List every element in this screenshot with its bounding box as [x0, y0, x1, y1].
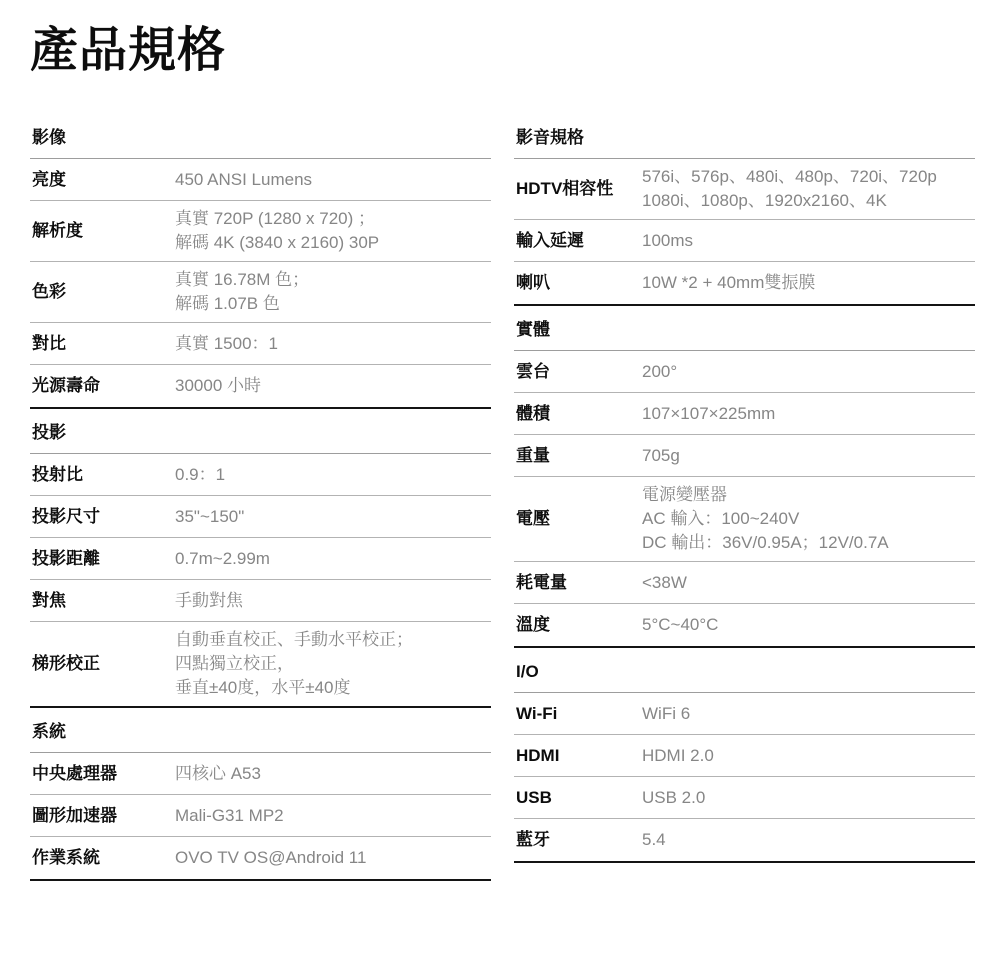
- spec-row: 體積107×107×225mm: [514, 393, 975, 435]
- spec-value-line: 手動對焦: [175, 589, 491, 613]
- spec-row: 色彩真實 16.78M 色；解碼 1.07B 色: [30, 262, 491, 323]
- spec-value: 電源變壓器AC 輸入：100~240VDC 輸出：36V/0.95A；12V/0…: [642, 483, 975, 555]
- spec-row: 重量705g: [514, 435, 975, 477]
- spec-label: 電壓: [514, 507, 642, 531]
- spec-value: 手動對焦: [175, 589, 491, 613]
- spec-value-line: 200°: [642, 360, 975, 384]
- spec-row: 亮度450 ANSI Lumens: [30, 159, 491, 201]
- spec-row: 圖形加速器Mali-G31 MP2: [30, 795, 491, 837]
- spec-value: 0.7m~2.99m: [175, 547, 491, 571]
- spec-row: 輸入延遲100ms: [514, 220, 975, 262]
- spec-label: 對比: [30, 332, 175, 356]
- section-header: 系統: [30, 708, 491, 753]
- spec-value: OVO TV OS@Android 11: [175, 846, 491, 870]
- spec-value-line: 自動垂直校正、手動水平校正；: [175, 628, 491, 652]
- spec-value-line: 705g: [642, 444, 975, 468]
- spec-row: 溫度5°C~40°C: [514, 604, 975, 646]
- spec-value-line: 100ms: [642, 229, 975, 253]
- spec-value: Mali-G31 MP2: [175, 804, 491, 828]
- spec-row: 喇叭10W *2 + 40mm雙振膜: [514, 262, 975, 304]
- spec-page: 產品規格 影像亮度450 ANSI Lumens解析度真實 720P (1280…: [0, 0, 1000, 881]
- spec-label: 投射比: [30, 463, 175, 487]
- spec-value: 107×107×225mm: [642, 402, 975, 426]
- section-header: 投影: [30, 409, 491, 454]
- spec-row: 作業系統OVO TV OS@Android 11: [30, 837, 491, 879]
- spec-label: HDTV相容性: [514, 177, 642, 201]
- spec-section: 影像亮度450 ANSI Lumens解析度真實 720P (1280 x 72…: [30, 114, 491, 409]
- spec-label: 投影距離: [30, 547, 175, 571]
- spec-label: 作業系統: [30, 846, 175, 870]
- spec-value: 真實 720P (1280 x 720) ；解碼 4K (3840 x 2160…: [175, 207, 491, 255]
- section-header: 實體: [514, 306, 975, 351]
- spec-value: 5.4: [642, 828, 975, 852]
- spec-value: USB 2.0: [642, 786, 975, 810]
- spec-value-line: WiFi 6: [642, 702, 975, 726]
- spec-value-line: 四核心 A53: [175, 762, 491, 786]
- spec-value: 100ms: [642, 229, 975, 253]
- spec-value: 30000 小時: [175, 374, 491, 398]
- spec-value: <38W: [642, 571, 975, 595]
- spec-row: 中央處理器四核心 A53: [30, 753, 491, 795]
- spec-value-line: 10W *2 + 40mm雙振膜: [642, 271, 975, 295]
- spec-value: 705g: [642, 444, 975, 468]
- spec-value: 0.9：1: [175, 463, 491, 487]
- spec-value-line: 107×107×225mm: [642, 402, 975, 426]
- spec-value: HDMI 2.0: [642, 744, 975, 768]
- section-header: 影像: [30, 114, 491, 159]
- spec-value-line: <38W: [642, 571, 975, 595]
- spec-value-line: Mali-G31 MP2: [175, 804, 491, 828]
- spec-row: 解析度真實 720P (1280 x 720) ；解碼 4K (3840 x 2…: [30, 201, 491, 262]
- spec-label: 梯形校正: [30, 652, 175, 676]
- spec-value-line: 四點獨立校正，: [175, 652, 491, 676]
- spec-value: WiFi 6: [642, 702, 975, 726]
- page-title: 產品規格: [30, 22, 975, 80]
- spec-value-line: 垂直±40度，水平±40度: [175, 676, 491, 700]
- spec-value-line: AC 輸入：100~240V: [642, 507, 975, 531]
- spec-value-line: USB 2.0: [642, 786, 975, 810]
- spec-row: 雲台200°: [514, 351, 975, 393]
- spec-label: USB: [514, 786, 642, 810]
- spec-row: 投影距離0.7m~2.99m: [30, 538, 491, 580]
- spec-value-line: 450 ANSI Lumens: [175, 168, 491, 192]
- section-header: I/O: [514, 648, 975, 693]
- spec-value-line: 30000 小時: [175, 374, 491, 398]
- spec-label: 亮度: [30, 168, 175, 192]
- spec-label: 中央處理器: [30, 762, 175, 786]
- spec-value: 真實 16.78M 色；解碼 1.07B 色: [175, 268, 491, 316]
- spec-label: 喇叭: [514, 271, 642, 295]
- spec-label: 耗電量: [514, 571, 642, 595]
- spec-value-line: 35"~150": [175, 505, 491, 529]
- spec-section: 實體雲台200°體積107×107×225mm重量705g電壓電源變壓器AC 輸…: [514, 306, 975, 648]
- spec-value: 450 ANSI Lumens: [175, 168, 491, 192]
- spec-value: 576i、576p、480i、480p、720i、720p1080i、1080p…: [642, 165, 975, 213]
- spec-section: 影音規格HDTV相容性576i、576p、480i、480p、720i、720p…: [514, 114, 975, 306]
- spec-row: 光源壽命30000 小時: [30, 365, 491, 407]
- spec-label: 藍牙: [514, 828, 642, 852]
- spec-value: 四核心 A53: [175, 762, 491, 786]
- section-header: 影音規格: [514, 114, 975, 159]
- spec-value-line: 0.7m~2.99m: [175, 547, 491, 571]
- spec-label: 對焦: [30, 589, 175, 613]
- spec-value: 10W *2 + 40mm雙振膜: [642, 271, 975, 295]
- spec-label: 色彩: [30, 280, 175, 304]
- spec-value-line: OVO TV OS@Android 11: [175, 846, 491, 870]
- spec-value: 35"~150": [175, 505, 491, 529]
- spec-label: 解析度: [30, 219, 175, 243]
- spec-label: 光源壽命: [30, 374, 175, 398]
- spec-value-line: 真實 720P (1280 x 720) ；: [175, 207, 491, 231]
- spec-value-line: 1080i、1080p、1920x2160、4K: [642, 189, 975, 213]
- spec-value: 200°: [642, 360, 975, 384]
- spec-columns: 影像亮度450 ANSI Lumens解析度真實 720P (1280 x 72…: [30, 114, 975, 881]
- spec-row: 對焦手動對焦: [30, 580, 491, 622]
- spec-value-line: 真實 16.78M 色；: [175, 268, 491, 292]
- spec-row: USBUSB 2.0: [514, 777, 975, 819]
- spec-value-line: 解碼 4K (3840 x 2160) 30P: [175, 231, 491, 255]
- spec-section: 投影投射比0.9：1投影尺寸35"~150"投影距離0.7m~2.99m對焦手動…: [30, 409, 491, 708]
- spec-row: HDTV相容性576i、576p、480i、480p、720i、720p1080…: [514, 159, 975, 220]
- spec-label: HDMI: [514, 744, 642, 768]
- spec-value-line: 5°C~40°C: [642, 613, 975, 637]
- spec-value-line: DC 輸出：36V/0.95A；12V/0.7A: [642, 531, 975, 555]
- spec-value-line: 5.4: [642, 828, 975, 852]
- spec-value-line: HDMI 2.0: [642, 744, 975, 768]
- spec-label: Wi-Fi: [514, 702, 642, 726]
- spec-row: Wi-FiWiFi 6: [514, 693, 975, 735]
- spec-value-line: 電源變壓器: [642, 483, 975, 507]
- spec-row: HDMIHDMI 2.0: [514, 735, 975, 777]
- spec-value: 5°C~40°C: [642, 613, 975, 637]
- spec-value: 真實 1500：1: [175, 332, 491, 356]
- spec-section: I/OWi-FiWiFi 6HDMIHDMI 2.0USBUSB 2.0藍牙5.…: [514, 648, 975, 863]
- spec-label: 溫度: [514, 613, 642, 637]
- spec-label: 圖形加速器: [30, 804, 175, 828]
- spec-value-line: 解碼 1.07B 色: [175, 292, 491, 316]
- spec-section: 系統中央處理器四核心 A53圖形加速器Mali-G31 MP2作業系統OVO T…: [30, 708, 491, 881]
- spec-value-line: 真實 1500：1: [175, 332, 491, 356]
- spec-row: 藍牙5.4: [514, 819, 975, 861]
- spec-label: 雲台: [514, 360, 642, 384]
- spec-value-line: 576i、576p、480i、480p、720i、720p: [642, 165, 975, 189]
- spec-column-left: 影像亮度450 ANSI Lumens解析度真實 720P (1280 x 72…: [30, 114, 491, 881]
- spec-row: 投射比0.9：1: [30, 454, 491, 496]
- spec-value: 自動垂直校正、手動水平校正；四點獨立校正，垂直±40度，水平±40度: [175, 628, 491, 700]
- spec-label: 體積: [514, 402, 642, 426]
- spec-value-line: 0.9：1: [175, 463, 491, 487]
- spec-row: 梯形校正自動垂直校正、手動水平校正；四點獨立校正，垂直±40度，水平±40度: [30, 622, 491, 706]
- spec-label: 投影尺寸: [30, 505, 175, 529]
- spec-column-right: 影音規格HDTV相容性576i、576p、480i、480p、720i、720p…: [514, 114, 975, 863]
- spec-label: 重量: [514, 444, 642, 468]
- spec-row: 電壓電源變壓器AC 輸入：100~240VDC 輸出：36V/0.95A；12V…: [514, 477, 975, 562]
- spec-row: 耗電量<38W: [514, 562, 975, 604]
- spec-row: 投影尺寸35"~150": [30, 496, 491, 538]
- spec-row: 對比真實 1500：1: [30, 323, 491, 365]
- spec-label: 輸入延遲: [514, 229, 642, 253]
